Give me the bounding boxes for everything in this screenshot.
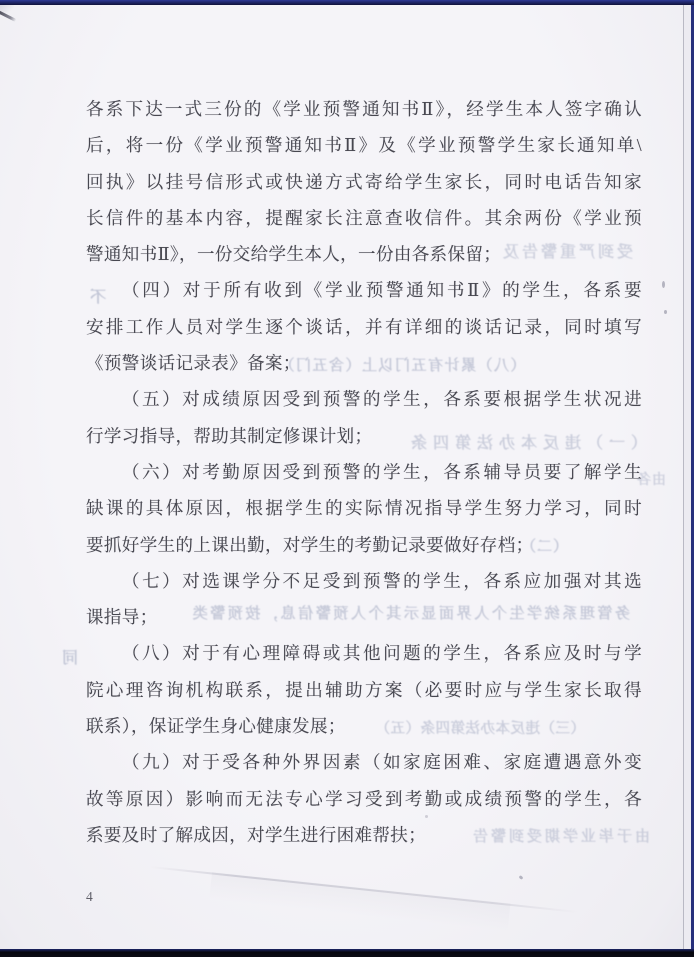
document-line: 回执》以挂号信形式或快递方式寄给学生家长，同时电话告知家 [86, 164, 642, 200]
scan-speck [664, 310, 667, 314]
document-line: （七）对选课学分不足受到预警的学生，各系应加强对其选 [86, 563, 642, 599]
paragraph: （八）对于有心理障碍或其他问题的学生，各系应及时与学院心理咨询机构联系，提出辅助… [86, 635, 642, 744]
paragraph: 各系下达一式三份的《学业预警通知书Ⅱ》，经学生本人签字确认后，将一份《学业预警通… [86, 91, 642, 272]
scan-speck [425, 815, 428, 818]
document-line: 缺课的具体原因，根据学生的实际情况指导学生努力学习，同时 [86, 490, 642, 526]
document-body-text: 各系下达一式三份的《学业预警通知书Ⅱ》，经学生本人签字确认后，将一份《学业预警通… [86, 91, 642, 853]
document-line: 《预警谈话记录表》备案； [86, 345, 642, 381]
document-line: 警通知书Ⅱ》，一份交给学生本人，一份由各系保留； [86, 236, 642, 272]
document-line: 系要及时了解成因，对学生进行困难帮扶； [86, 817, 642, 853]
scan-border-top [0, 0, 694, 5]
scan-speck [662, 281, 665, 288]
document-line: （五）对成绩原因受到预警的学生，各系要根据学生状况进 [86, 381, 642, 417]
document-line: 故等原因）影响而无法专心学习受到考勤或成绩预警的学生，各 [86, 781, 642, 817]
paragraph: （七）对选课学分不足受到预警的学生，各系应加强对其选课指导； [86, 563, 642, 636]
paragraph: （六）对考勤原因受到预警的学生，各系辅导员要了解学生缺课的具体原因，根据学生的实… [86, 454, 642, 563]
paragraph: （九）对于受各种外界因素（如家庭困难、家庭遭遇意外变故等原因）影响而无法专心学习… [86, 744, 642, 853]
document-line: （九）对于受各种外界因素（如家庭困难、家庭遭遇意外变 [86, 744, 642, 780]
document-line: （六）对考勤原因受到预警的学生，各系辅导员要了解学生 [86, 454, 642, 490]
document-line: 要抓好学生的上课出勤，对学生的考勤记录要做好存档； [86, 527, 642, 563]
document-line: 长信件的基本内容，提醒家长注意查收信件。其余两份《学业预 [86, 200, 642, 236]
document-line: （四）对于所有收到《学业预警通知书Ⅱ》的学生，各系要 [86, 272, 642, 308]
document-line: （八）对于有心理障碍或其他问题的学生，各系应及时与学 [86, 635, 642, 671]
document-line: 联系），保证学生身心健康发展； [86, 708, 642, 744]
page-number: 4 [86, 889, 94, 905]
document-line: 后，将一份《学业预警通知书Ⅱ》及《学业预警学生家长通知单\ [86, 127, 642, 163]
paragraph: （四）对于所有收到《学业预警通知书Ⅱ》的学生，各系要安排工作人员对学生逐个谈话，… [86, 272, 642, 381]
document-line: 行学习指导，帮助其制定修课计划； [86, 418, 642, 454]
document-line: 课指导； [86, 599, 642, 635]
scan-border-bottom [0, 949, 694, 957]
document-line: 安排工作人员对学生逐个谈话，并有详细的谈话记录，同时填写 [86, 309, 642, 345]
paragraph: （五）对成绩原因受到预警的学生，各系要根据学生状况进行学习指导，帮助其制定修课计… [86, 381, 642, 454]
paper-right-edge [683, 5, 691, 949]
document-line: 各系下达一式三份的《学业预警通知书Ⅱ》，经学生本人签字确认 [86, 91, 642, 127]
document-line: 院心理咨询机构联系，提出辅助方案（必要时应与学生家长取得 [86, 672, 642, 708]
scanned-document-page: 受到严重警告及不（八）累计有五门以上（含五门）（一）违反本办法第四条由各（二）务… [0, 0, 694, 957]
